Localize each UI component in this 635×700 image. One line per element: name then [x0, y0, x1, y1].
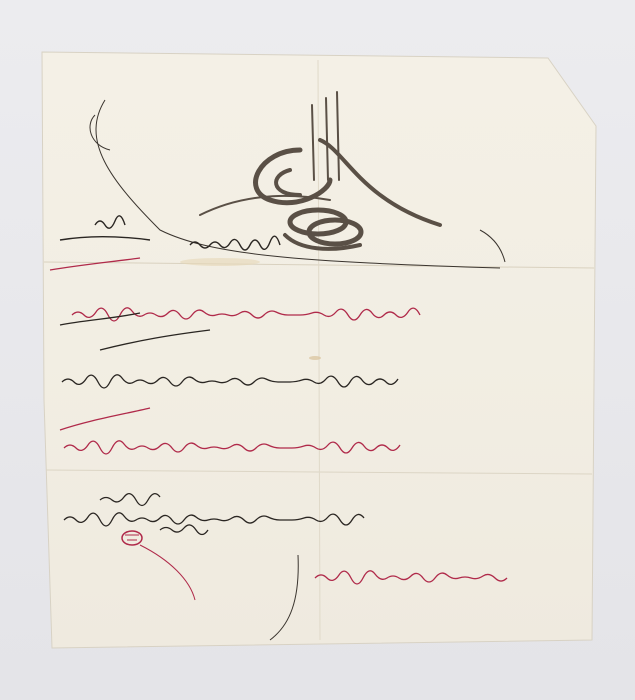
document-paper — [0, 0, 635, 700]
